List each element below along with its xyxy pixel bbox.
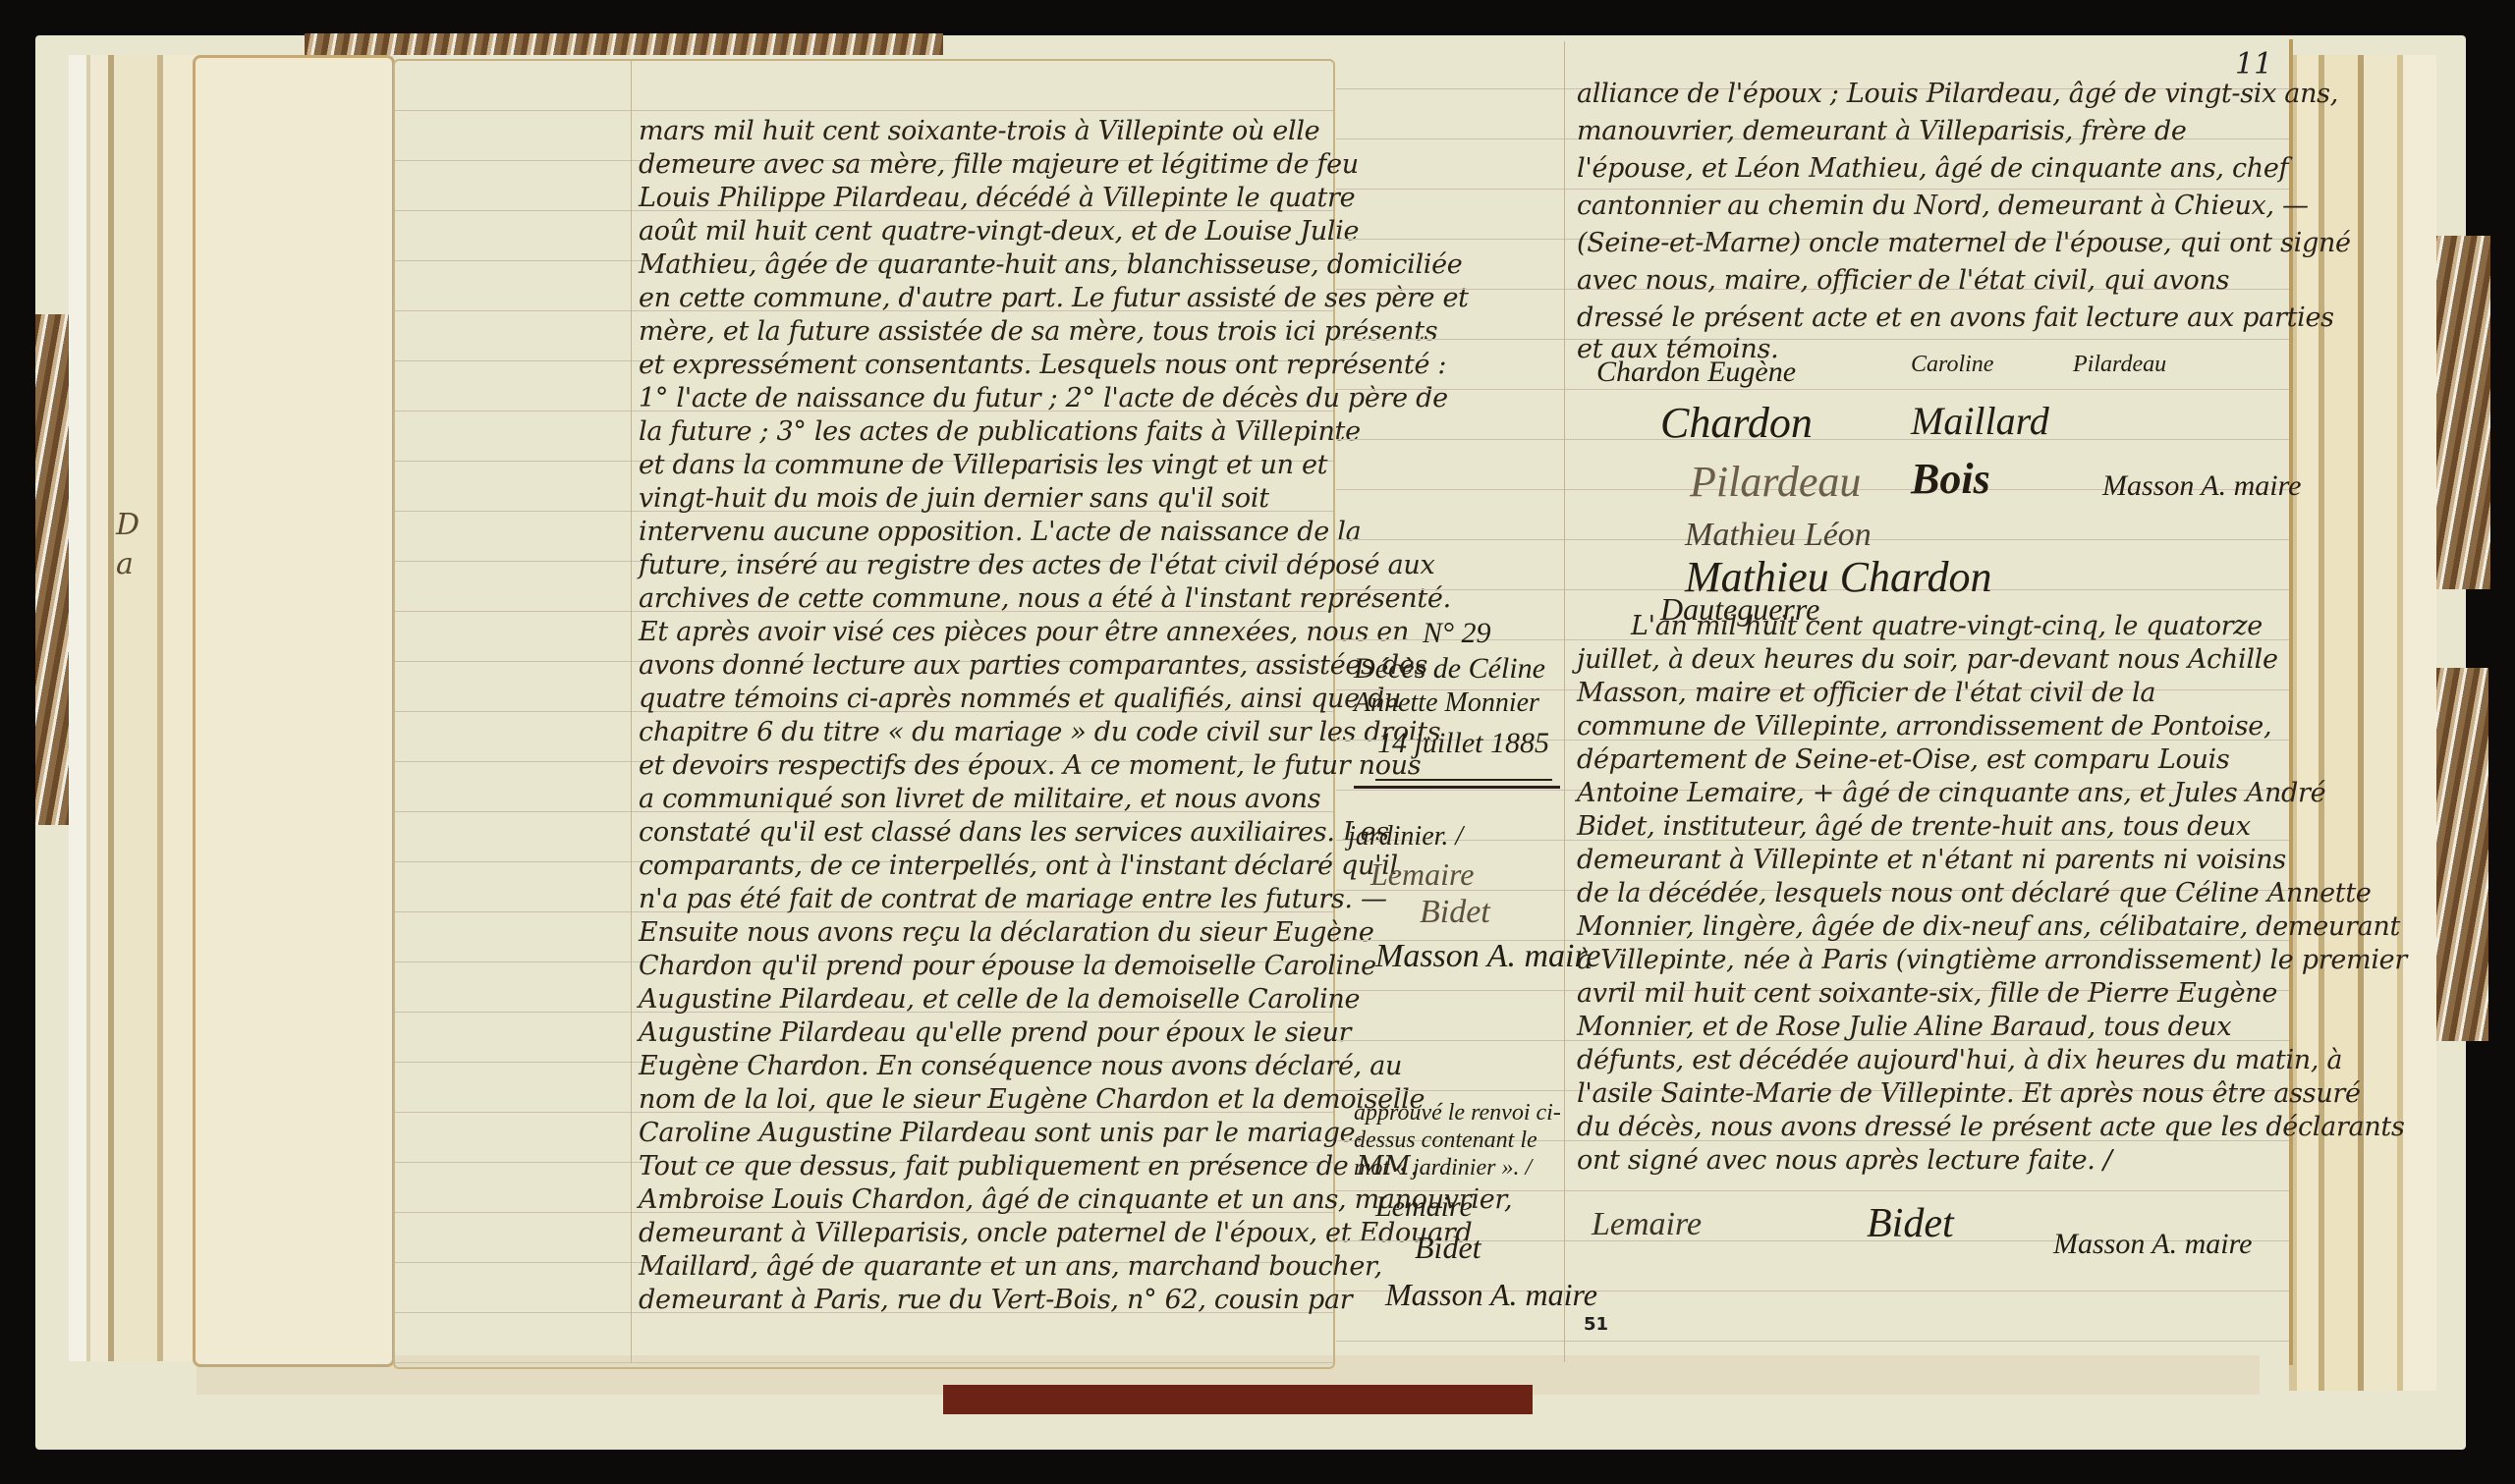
marbled-endpaper-left: [35, 314, 69, 825]
spine-note: D a: [116, 506, 140, 584]
page-number-top: 11: [2235, 47, 2272, 82]
text-line: avril mil huit cent soixante-six, fille …: [1577, 978, 2277, 1009]
signature: Caroline: [1911, 352, 1993, 378]
red-binding-edge: [943, 1385, 1533, 1414]
signature: Masson A. maire: [1385, 1277, 1597, 1313]
text-line: et expressément consentants. Lesquels no…: [639, 350, 1446, 380]
text-line: Augustine Pilardeau, et celle de la demo…: [639, 984, 1360, 1015]
text-line: 1° l'acte de naissance du futur ; 2° l'a…: [639, 383, 1448, 413]
entry-number: N° 29: [1423, 617, 1491, 650]
signature: Bois: [1911, 454, 1990, 504]
signature: Pilardeau: [1690, 457, 1861, 507]
text-line: Chardon qu'il prend pour épouse la demoi…: [639, 951, 1376, 981]
signature: Lemaire: [1375, 1190, 1473, 1224]
heading-rule: [1375, 779, 1552, 781]
blank-leaf: [193, 55, 395, 1367]
left-page-stack: [69, 55, 196, 1361]
text-line: Ensuite nous avons reçu la déclaration d…: [639, 917, 1374, 948]
text-line: archives de cette commune, nous a été à …: [639, 583, 1451, 614]
approval-note-line: approuvé le renvoi ci-: [1354, 1100, 1561, 1127]
text-line: à Villepinte, née à Paris (vingtième arr…: [1577, 945, 2407, 975]
text-line: dressé le présent acte et en avons fait …: [1577, 302, 2334, 333]
text-line: l'épouse, et Léon Mathieu, âgé de cinqua…: [1577, 153, 2288, 184]
text-line: Tout ce que dessus, fait publiquement en…: [639, 1151, 1419, 1182]
marbled-endpaper-right: [2431, 236, 2490, 589]
margin-insert-word: jardinier. /: [1348, 821, 1463, 852]
text-line: département de Seine-et-Oise, est compar…: [1577, 744, 2229, 775]
text-line: a communiqué son livret de militaire, et…: [639, 784, 1320, 814]
signature: Chardon: [1660, 398, 1813, 448]
text-line: future, inséré au registre des actes de …: [639, 550, 1434, 580]
text-line: n'a pas été fait de contrat de mariage e…: [639, 884, 1387, 914]
text-line: Antoine Lemaire, + âgé de cinquante ans,…: [1577, 778, 2325, 808]
signature: Masson A. maire: [2053, 1228, 2253, 1261]
text-line: du décès, nous avons dressé le présent a…: [1577, 1112, 2405, 1142]
signature: Lemaire: [1592, 1206, 1702, 1243]
text-line: quatre témoins ci-après nommés et qualif…: [639, 684, 1401, 714]
text-line: juillet, à deux heures du soir, par-deva…: [1577, 644, 2278, 675]
signature: Bidet: [1867, 1200, 1954, 1247]
text-line: et dans la commune de Villeparisis les v…: [639, 450, 1327, 480]
text-line: avec nous, maire, officier de l'état civ…: [1577, 265, 2229, 296]
text-line: chapitre 6 du titre « du mariage » du co…: [639, 717, 1440, 747]
signature: Pilardeau: [2073, 352, 2166, 378]
signature: Lemaire: [1370, 856, 1474, 893]
signature: Mathieu Léon: [1685, 517, 1872, 554]
text-line: Bidet, instituteur, âgé de trente-huit a…: [1577, 811, 2251, 842]
signature: Masson A. maire: [2102, 469, 2302, 503]
text-line: constaté qu'il est classé dans les servi…: [639, 817, 1389, 848]
text-line: et devoirs respectifs des époux. A ce mo…: [639, 750, 1421, 781]
text-line: Et après avoir visé ces pièces pour être…: [639, 617, 1409, 647]
text-line: Augustine Pilardeau qu'elle prend pour é…: [639, 1017, 1351, 1048]
text-line: Masson, maire et officier de l'état civi…: [1577, 678, 2155, 708]
spine-note-line2: a: [116, 545, 140, 584]
right-page-margin-rule: [1564, 41, 1565, 1362]
marbled-endpaper-right-lower: [2434, 668, 2488, 1041]
text-line: Caroline Augustine Pilardeau sont unis p…: [639, 1118, 1364, 1148]
text-line: demeurant à Paris, rue du Vert-Bois, n° …: [639, 1285, 1352, 1315]
text-line: mars mil huit cent soixante-trois à Vill…: [639, 116, 1319, 146]
text-line: Eugène Chardon. En conséquence nous avon…: [639, 1051, 1402, 1081]
entry-date: 14 juillet 1885: [1377, 727, 1549, 760]
approval-note-line: dessus contenant le: [1354, 1127, 1537, 1154]
text-line: ont signé avec nous après lecture faite.…: [1577, 1145, 2112, 1176]
text-line: vingt-huit du mois de juin dernier sans …: [639, 483, 1269, 514]
text-line: Maillard, âgé de quarante et un ans, mar…: [639, 1251, 1382, 1282]
text-line: la future ; 3° les actes de publications…: [639, 416, 1361, 447]
spine-note-line1: D: [116, 506, 140, 545]
signature: Chardon Eugène: [1596, 356, 1796, 389]
signature: Masson A. maire: [1375, 938, 1601, 975]
text-line: août mil huit cent quatre-vingt-deux, et…: [639, 216, 1359, 247]
signature: Bidet: [1420, 894, 1490, 931]
approval-note-line: mot « jardinier ». /: [1354, 1155, 1532, 1182]
signature: Bidet: [1415, 1230, 1481, 1266]
marbled-endpaper-top: [305, 33, 943, 55]
left-page-margin-rule: [631, 61, 632, 1362]
text-line: (Seine-et-Marne) oncle maternel de l'épo…: [1577, 228, 2351, 258]
entry-title-line1: Décès de Céline: [1354, 652, 1545, 686]
text-line: de la décédée, lesquels nous ont déclaré…: [1577, 878, 2372, 908]
text-line: l'asile Sainte-Marie de Villepinte. Et a…: [1577, 1078, 2361, 1109]
text-line: avons donné lecture aux parties comparan…: [639, 650, 1427, 681]
text-line: comparants, de ce interpellés, ont à l'i…: [639, 851, 1398, 881]
text-line: défunts, est décédée aujourd'hui, à dix …: [1577, 1045, 2342, 1075]
text-line: intervenu aucune opposition. L'acte de n…: [639, 517, 1361, 547]
entry-title-line2: Annette Monnier: [1354, 687, 1539, 719]
text-line: Monnier, et de Rose Julie Aline Baraud, …: [1577, 1012, 2231, 1042]
signature: Maillard: [1911, 398, 2049, 444]
text-line: commune de Villepinte, arrondissement de…: [1577, 711, 2271, 742]
text-line: Monnier, lingère, âgée de dix-neuf ans, …: [1577, 911, 2400, 942]
text-line: demeure avec sa mère, fille majeure et l…: [639, 149, 1359, 180]
text-line: mère, et la future assistée de sa mère, …: [639, 316, 1437, 347]
text-line: L'an mil huit cent quatre-vingt-cinq, le…: [1631, 611, 2263, 641]
text-line: nom de la loi, que le sieur Eugène Chard…: [639, 1084, 1425, 1115]
page-number-bottom: 51: [1584, 1314, 1608, 1335]
text-line: cantonnier au chemin du Nord, demeurant …: [1577, 191, 2309, 221]
text-line: Louis Philippe Pilardeau, décédé à Ville…: [639, 183, 1355, 213]
text-line: demeurant à Villepinte et n'étant ni par…: [1577, 845, 2286, 875]
text-line: alliance de l'époux ; Louis Pilardeau, â…: [1577, 79, 2338, 109]
text-line: manouvrier, demeurant à Villeparisis, fr…: [1577, 116, 2187, 146]
heading-rule: [1354, 786, 1560, 789]
